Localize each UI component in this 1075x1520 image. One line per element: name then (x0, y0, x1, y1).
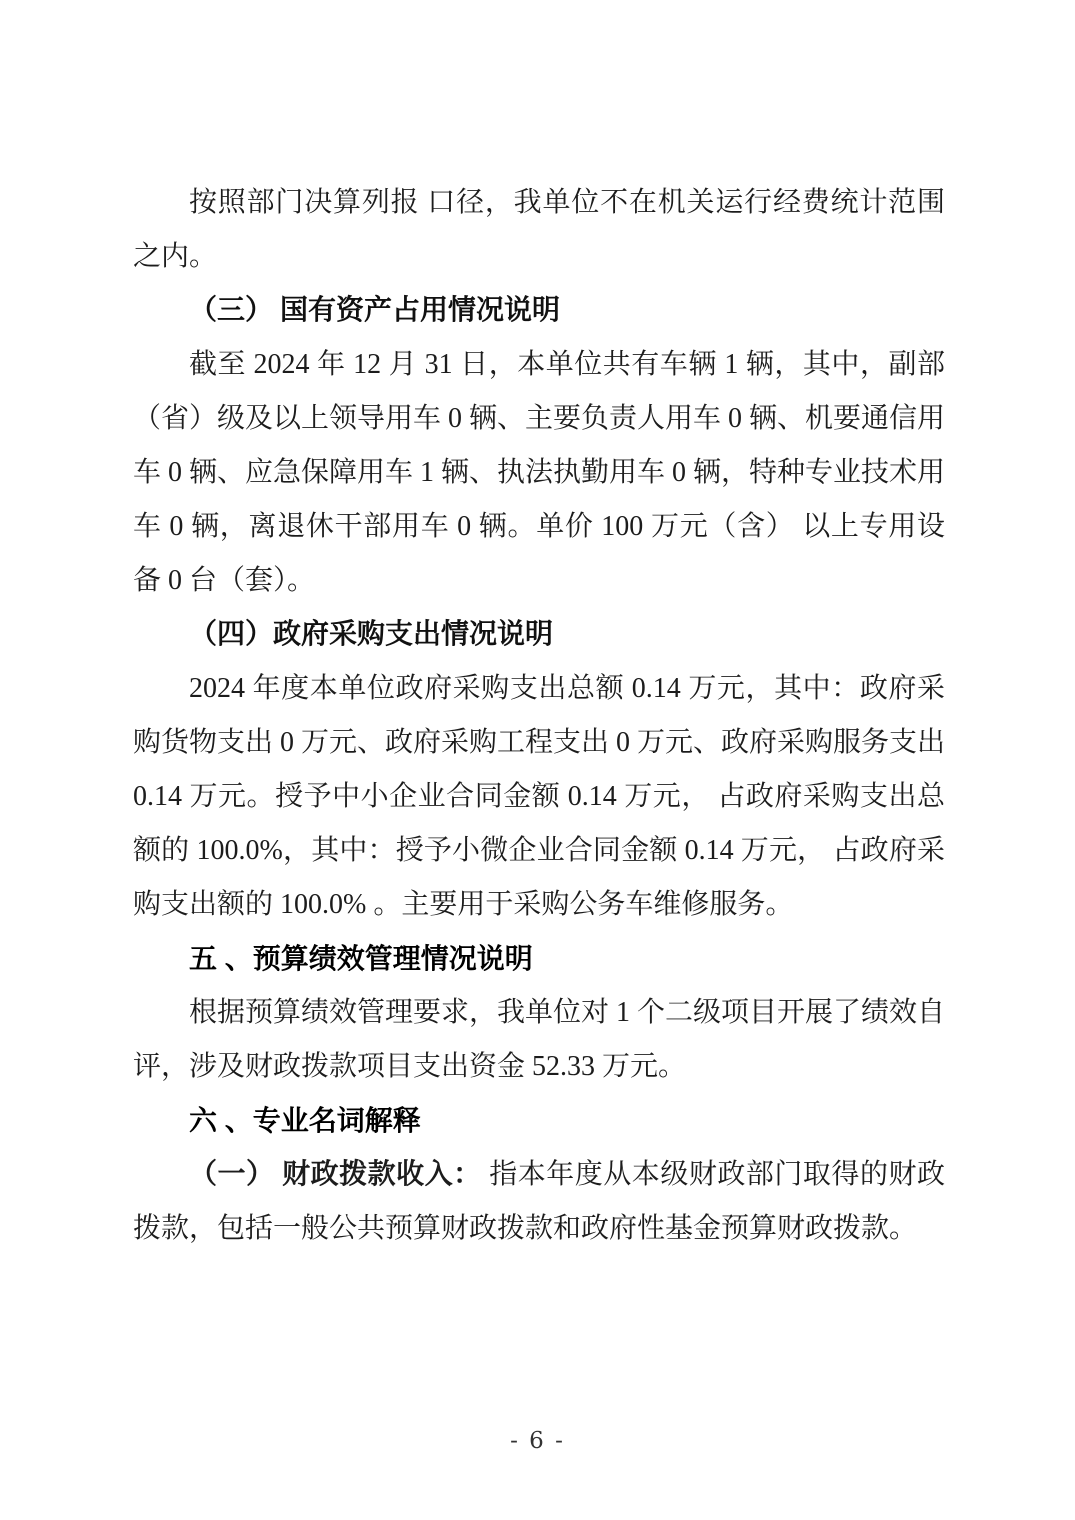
paragraph-glossary-fiscal-appropriation: （一） 财政拨款收入： 指本年度从本级财政部门取得的财政拨款，包括一般公共预算财… (133, 1148, 945, 1256)
paragraph-procurement-detail: 2024 年度本单位政府采购支出总额 0.14 万元，其中：政府采购货物支出 0… (133, 662, 945, 932)
document-page: 按照部门决算列报 口径，我单位不在机关运行经费统计范围之内。 （三） 国有资产占… (0, 0, 1075, 1520)
heading-section-6-glossary: 六 、专业名词解释 (133, 1094, 945, 1148)
glossary-term-label: （一） 财政拨款收入： (189, 1159, 482, 1190)
heading-section-4-procurement: （四）政府采购支出情况说明 (133, 608, 945, 662)
paragraph-operating-expense-note: 按照部门决算列报 口径，我单位不在机关运行经费统计范围之内。 (133, 176, 945, 284)
paragraph-vehicles-equipment: 截至 2024 年 12 月 31 日，本单位共有车辆 1 辆，其中，副部（省）… (133, 338, 945, 608)
heading-section-3-state-assets: （三） 国有资产占用情况说明 (133, 284, 945, 338)
page-number: - 6 - (0, 1428, 1075, 1454)
heading-section-5-performance: 五 、预算绩效管理情况说明 (133, 932, 945, 986)
document-content: 按照部门决算列报 口径，我单位不在机关运行经费统计范围之内。 （三） 国有资产占… (133, 176, 945, 1256)
paragraph-performance-detail: 根据预算绩效管理要求，我单位对 1 个二级项目开展了绩效自评，涉及财政拨款项目支… (133, 986, 945, 1094)
